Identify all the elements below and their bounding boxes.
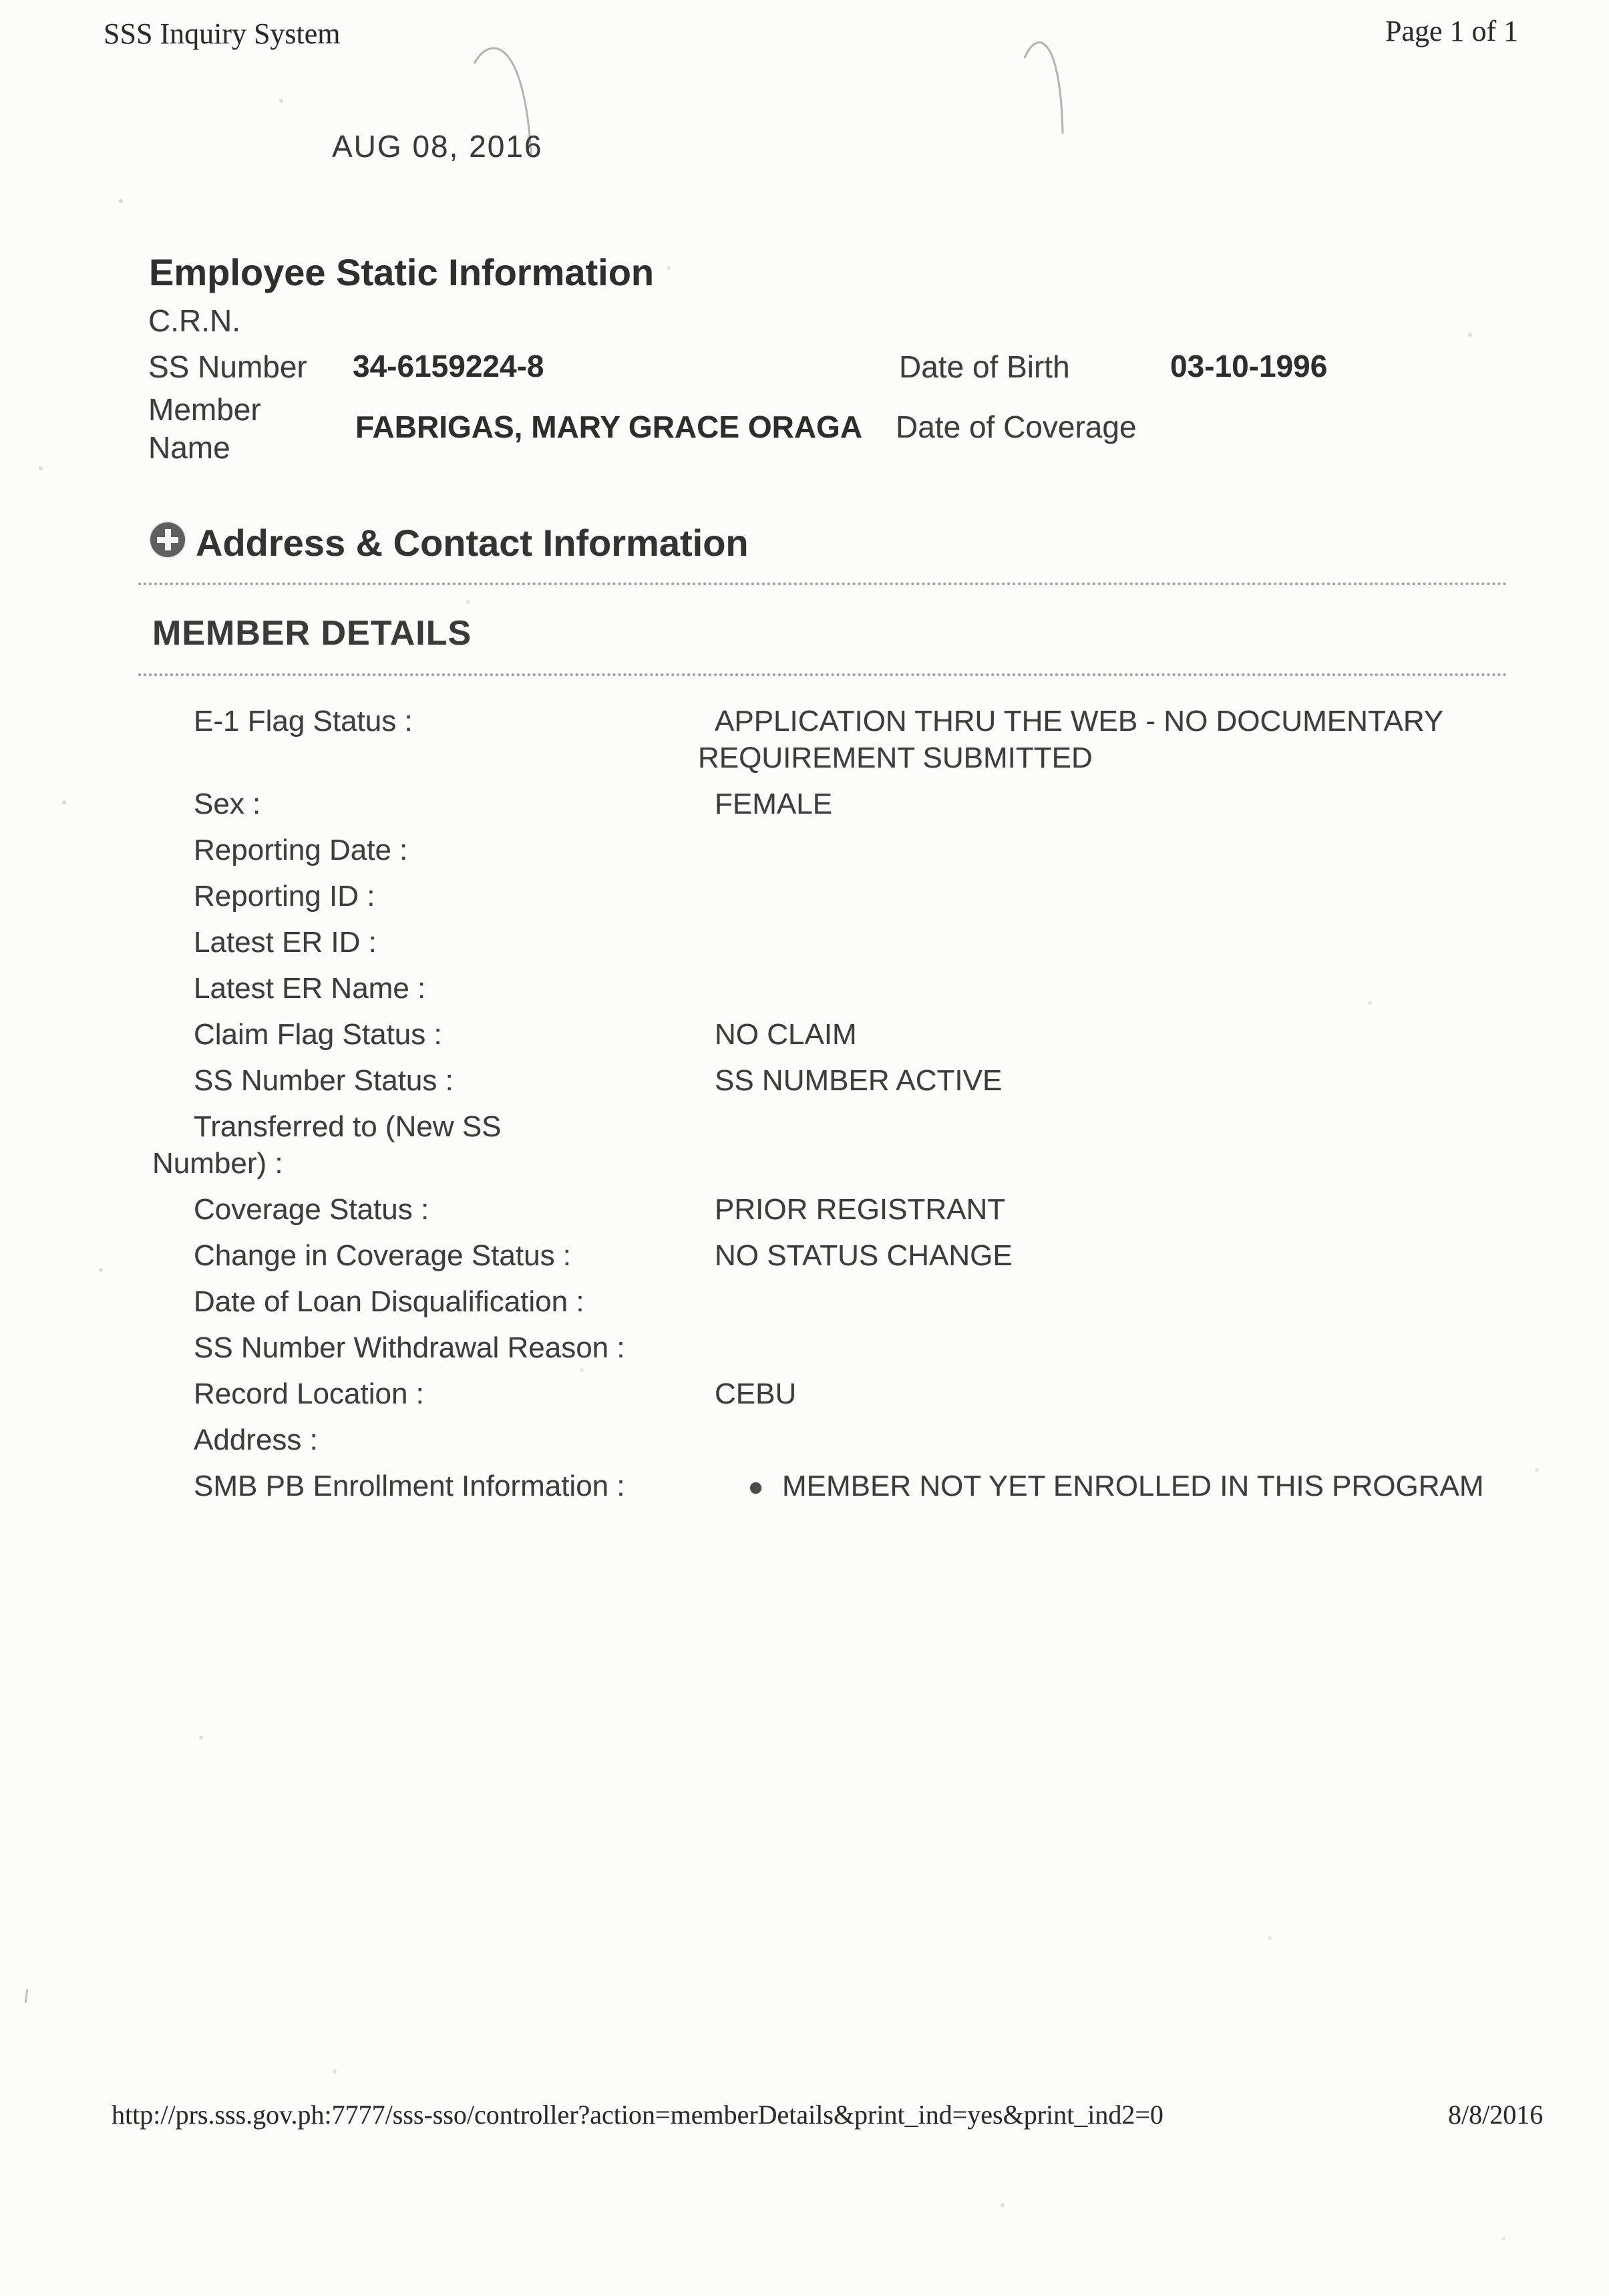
address-contact-title: Address & Contact Information xyxy=(196,521,749,564)
detail-value: FEMALE xyxy=(698,786,1528,822)
detail-row: Transferred to (New SS Number) : xyxy=(152,1108,1528,1182)
detail-value: MEMBER NOT YET ENROLLED IN THIS PROGRAM xyxy=(698,1468,1528,1504)
detail-row: Claim Flag Status :NO CLAIM xyxy=(152,1016,1528,1053)
detail-value xyxy=(698,878,1528,915)
detail-value: APPLICATION THRU THE WEB - NO DOCUMENTAR… xyxy=(698,703,1528,776)
detail-row: SS Number Withdrawal Reason : xyxy=(152,1329,1528,1366)
detail-label: SS Number Status : xyxy=(152,1062,660,1099)
page-header-title: SSS Inquiry System xyxy=(104,17,341,51)
detail-row: Coverage Status :PRIOR REGISTRANT xyxy=(152,1191,1528,1228)
detail-label: Transferred to (New SS Number) : xyxy=(152,1108,660,1182)
detail-row: Record Location :CEBU xyxy=(152,1375,1528,1412)
detail-label: Latest ER Name : xyxy=(152,970,660,1007)
section-divider xyxy=(138,583,1507,585)
footer-date: 8/8/2016 xyxy=(1448,2099,1543,2130)
detail-label: Change in Coverage Status : xyxy=(152,1237,660,1274)
document-page: SSS Inquiry System Page 1 of 1 AUG 08, 2… xyxy=(0,0,1609,2296)
detail-label: Reporting Date : xyxy=(152,832,660,868)
detail-row: Latest ER Name : xyxy=(152,970,1528,1007)
scan-noise xyxy=(0,0,1,1)
detail-row: Latest ER ID : xyxy=(152,924,1528,961)
detail-row: Address : xyxy=(152,1422,1528,1458)
detail-value xyxy=(698,924,1528,961)
date-of-birth-value: 03-10-1996 xyxy=(1170,348,1327,384)
date-of-birth-label: Date of Birth xyxy=(899,350,1070,384)
detail-value xyxy=(698,1422,1528,1458)
member-name-label: Member Name xyxy=(148,391,261,467)
detail-row: Reporting ID : xyxy=(152,878,1528,915)
ss-number-value: 34-6159224-8 xyxy=(353,348,544,384)
detail-row: Reporting Date : xyxy=(152,832,1528,868)
detail-value xyxy=(698,832,1528,868)
footer-url: http://prs.sss.gov.ph:7777/sss-sso/contr… xyxy=(112,2099,1164,2130)
detail-label: Coverage Status : xyxy=(152,1191,660,1228)
employee-static-title: Employee Static Information xyxy=(149,251,654,294)
detail-label: E-1 Flag Status : xyxy=(152,703,660,776)
ss-number-label: SS Number xyxy=(148,350,307,384)
detail-row: SS Number Status :SS NUMBER ACTIVE xyxy=(152,1062,1528,1099)
detail-label: Sex : xyxy=(152,786,660,822)
member-details-title: MEMBER DETAILS xyxy=(152,613,472,653)
detail-label: Reporting ID : xyxy=(152,878,660,915)
detail-value xyxy=(698,1283,1528,1320)
section-divider xyxy=(138,673,1507,676)
detail-row: Sex :FEMALE xyxy=(152,786,1528,822)
detail-label: SMB PB Enrollment Information : xyxy=(152,1468,660,1504)
scan-artifact xyxy=(1021,30,1081,140)
detail-value: SS NUMBER ACTIVE xyxy=(698,1062,1528,1099)
detail-value: NO STATUS CHANGE xyxy=(698,1237,1528,1274)
page-number: Page 1 of 1 xyxy=(1385,14,1518,48)
date-of-coverage-label: Date of Coverage xyxy=(896,410,1137,444)
detail-row: SMB PB Enrollment Information :MEMBER NO… xyxy=(152,1468,1528,1504)
detail-value: CEBU xyxy=(698,1375,1528,1412)
expand-plus-icon xyxy=(150,522,185,557)
print-date: AUG 08, 2016 xyxy=(332,128,543,164)
detail-label: SS Number Withdrawal Reason : xyxy=(152,1329,660,1366)
crn-label: C.R.N. xyxy=(148,304,240,338)
detail-row: Change in Coverage Status :NO STATUS CHA… xyxy=(152,1237,1528,1274)
detail-value xyxy=(698,970,1528,1007)
detail-label: Claim Flag Status : xyxy=(152,1016,660,1053)
member-details-list: E-1 Flag Status :APPLICATION THRU THE WE… xyxy=(152,703,1528,1514)
detail-value-text: MEMBER NOT YET ENROLLED IN THIS PROGRAM xyxy=(782,1470,1484,1502)
detail-value: PRIOR REGISTRANT xyxy=(698,1191,1528,1228)
detail-label: Address : xyxy=(152,1422,660,1458)
detail-row: E-1 Flag Status :APPLICATION THRU THE WE… xyxy=(152,703,1528,776)
member-name-value: FABRIGAS, MARY GRACE ORAGA xyxy=(355,409,862,445)
detail-label: Latest ER ID : xyxy=(152,924,660,961)
scan-artifact xyxy=(25,1989,29,2003)
detail-value xyxy=(698,1108,1528,1182)
detail-row: Date of Loan Disqualification : xyxy=(152,1283,1528,1320)
detail-label: Record Location : xyxy=(152,1375,660,1412)
detail-value xyxy=(698,1329,1528,1366)
detail-label: Date of Loan Disqualification : xyxy=(152,1283,660,1320)
bullet-icon xyxy=(750,1482,761,1494)
detail-value: NO CLAIM xyxy=(698,1016,1528,1053)
